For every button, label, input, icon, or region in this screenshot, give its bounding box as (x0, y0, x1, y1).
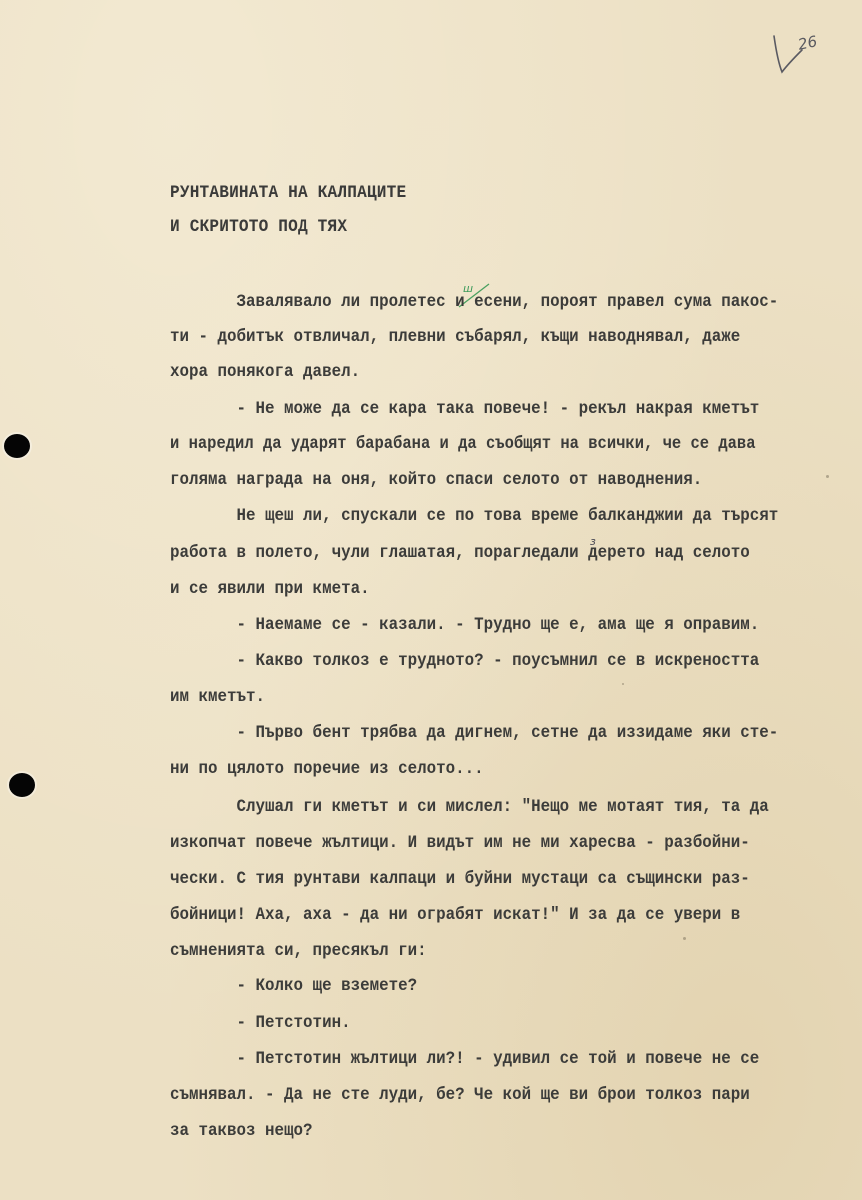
paper-speck (826, 475, 829, 478)
handwritten-page-number: 26 (768, 30, 838, 80)
punch-hole-bottom (9, 773, 35, 797)
typewritten-page: 26 РУНТАВИНАТА НА КАЛПАЦИТЕ И СКРИТОТО П… (0, 0, 862, 1200)
body-line: - Петстотин. (170, 1013, 351, 1033)
body-line: ни по цялото поречие из селото... (170, 759, 484, 779)
body-line: хора понякога давел. (170, 362, 360, 382)
body-line: - Колко ще вземете? (170, 976, 417, 996)
paper-speck (683, 937, 686, 940)
body-line: изкопчат повече жълтици. И видът им не м… (170, 833, 750, 853)
body-line: и се явили при кмета. (170, 579, 370, 599)
body-line: - Първо бент трябва да дигнем, сетне да … (170, 723, 778, 743)
body-line: ти - добитък отвличал, плевни събарял, к… (170, 327, 740, 347)
body-line: Не щеш ли, спускали се по това време бал… (170, 506, 778, 526)
body-line: съмнявал. - Да не сте луди, бе? Че кой щ… (170, 1085, 750, 1105)
paper-speck (622, 683, 624, 685)
body-line: Завалявало ли пролетес и есени, порoят п… (170, 292, 778, 312)
body-line: за таквоз нещо? (170, 1121, 313, 1141)
body-line: голяма награда на оня, който спаси селот… (170, 470, 702, 490)
body-line: бойници! Аха, аха - да ни ограбят искат!… (170, 905, 740, 925)
body-line: и наредил да ударят барабана и да съобщя… (170, 434, 756, 454)
title-line-2: И СКРИТОТО ПОД ТЯХ (170, 217, 347, 237)
body-line: работа в полето, чули глашатая, пораглед… (170, 543, 750, 563)
body-line: съмненията си, пресякъл ги: (170, 941, 427, 961)
body-line: чески. С тия рунтави калпаци и буйни мус… (170, 869, 750, 889)
body-line: - Петстотин жълтици ли?! - удивил се той… (170, 1049, 759, 1069)
body-line: - Не може да се кара така повече! - рекъ… (170, 399, 759, 419)
body-line: им кметът. (170, 687, 265, 707)
body-line: - Какво толкоз е трудното? - поусъмнил с… (170, 651, 759, 671)
title-line-1: РУНТАВИНАТА НА КАЛПАЦИТЕ (170, 183, 406, 203)
punch-hole-top (4, 434, 30, 458)
body-line: Слушал ги кметът и си мислел: "Нещо ме м… (170, 797, 769, 817)
body-line: - Наемаме се - казали. - Трудно ще е, ам… (170, 615, 759, 635)
